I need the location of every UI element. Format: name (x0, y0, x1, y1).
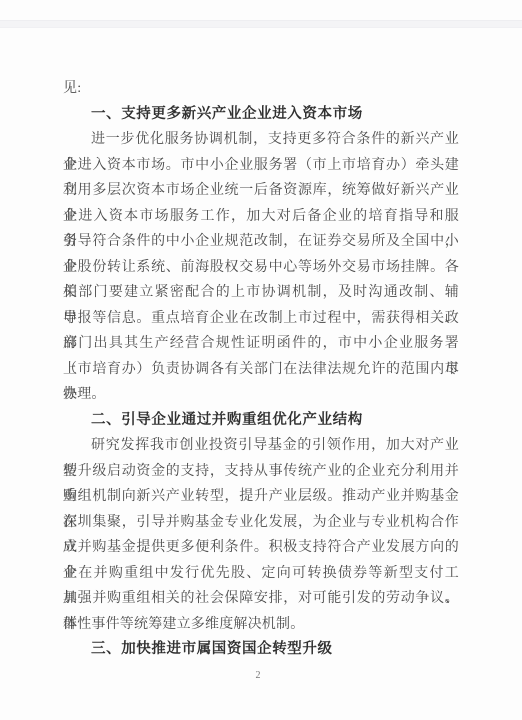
document-body: 见:一、支持更多新兴产业企业进入资本市场进一步优化服务协调机制，支持更多符合条件… (63, 76, 459, 663)
text-line: 上市培育办）负责协调各有关部门在法律法规允许的范围内尽快 (63, 357, 459, 383)
scan-artifact-band (0, 20, 522, 28)
text-line: 加强并购重组相关的社会保障安排，对可能引发的劳动争议、群 (63, 586, 459, 612)
text-line: 体性事件等统筹建立多维度解决机制。 (63, 612, 459, 638)
text-line: 业进入资本市场。市中小企业服务署（市上市培育办）牵头建立 (63, 153, 459, 179)
text-line: 业在并购重组中发行优先股、定向可转换债券等新型支付工具。 (63, 561, 459, 587)
text-line: 深圳集聚，引导并购基金专业化发展，为企业与专业机构合作成 (63, 510, 459, 536)
text-line: 办理。 (63, 382, 459, 408)
page-number: 2 (0, 670, 516, 681)
text-line: 重组机制向新兴产业转型，提升产业层级。推动产业并购基金在 (63, 484, 459, 510)
section-heading: 一、支持更多新兴产业企业进入资本市场 (63, 102, 459, 128)
text-line: 见: (63, 76, 459, 102)
text-line: 进一步优化服务协调机制，支持更多符合条件的新兴产业企 (63, 127, 459, 153)
text-line: 利用多层次资本市场企业统一后备资源库，统筹做好新兴产业企 (63, 178, 459, 204)
text-line: 申报等信息。重点培育企业在改制上市过程中，需获得相关政府 (63, 306, 459, 332)
section-heading: 二、引导企业通过并购重组优化产业结构 (63, 408, 459, 434)
text-line: 研究发挥我市创业投资引导基金的引领作用，加大对产业转 (63, 433, 459, 459)
text-line: 业股份转让系统、前海股权交易中心等场外交易市场挂牌。各相 (63, 255, 459, 281)
text-line: 引导符合条件的中小企业规范改制，在证券交易所及全国中小企 (63, 229, 459, 255)
text-line: 部门出具其生产经营合规性证明函件的，市中小企业服务署（市 (63, 331, 459, 357)
section-heading: 三、加快推进市属国资国企转型升级 (63, 637, 459, 663)
text-line: 立并购基金提供更多便利条件。积极支持符合产业发展方向的企 (63, 535, 459, 561)
text-line: 业进入资本市场服务工作，加大对后备企业的培育指导和服务， (63, 204, 459, 230)
text-line: 关部门要建立紧密配合的上市协调机制，及时沟通改制、辅导、 (63, 280, 459, 306)
document-page: 见:一、支持更多新兴产业企业进入资本市场进一步优化服务协调机制，支持更多符合条件… (0, 0, 522, 720)
text-line: 型升级启动资金的支持，支持从事传统产业的企业充分利用并购 (63, 459, 459, 485)
